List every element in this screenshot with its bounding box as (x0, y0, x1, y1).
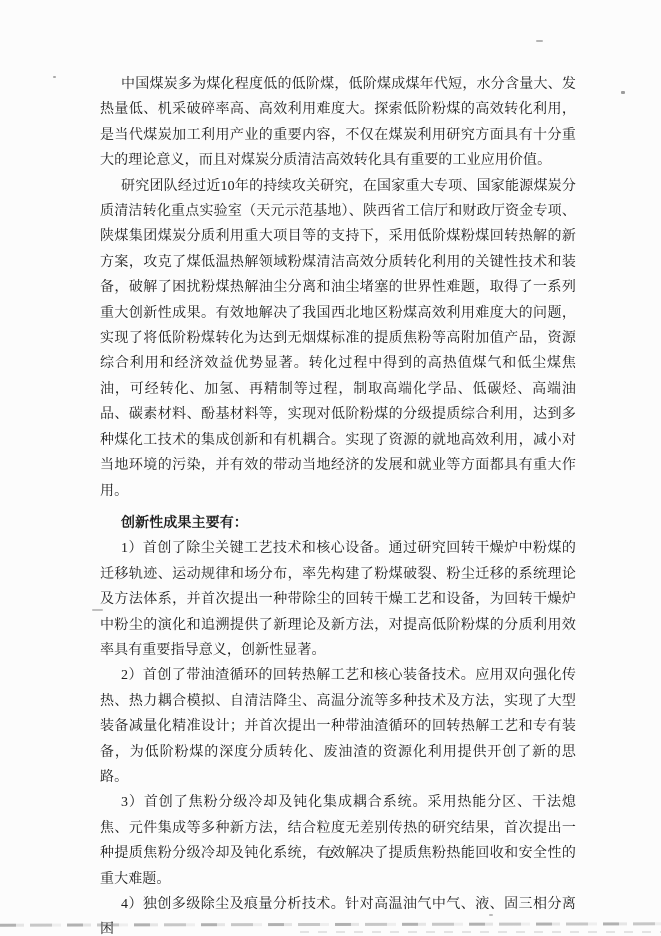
paragraph-research-background: 研究团队经过近10年的持续攻关研究，在国家重大专项、国家能源煤炭分质清洁转化重点… (100, 174, 576, 504)
paragraph-intro: 中国煤炭多为煤化程度低的低阶煤，低阶煤成煤年代短，水分含量大、发热量低、机采破碎… (100, 72, 576, 174)
scan-speck (53, 76, 56, 78)
scan-speck (357, 855, 363, 857)
page-number: 2 (0, 846, 661, 862)
document-page: 中国煤炭多为煤化程度低的低阶煤，低阶煤成煤年代短，水分含量大、发热量低、机采破碎… (0, 0, 661, 936)
paragraph-innovation-3: 3）首创了焦粉分级冷却及钝化集成耦合系统。采用热能分区、干法熄焦、元件集成等多种… (100, 790, 576, 892)
document-content: 中国煤炭多为煤化程度低的低阶煤，低阶煤成煤年代短，水分含量大、发热量低、机采破碎… (100, 72, 576, 936)
scan-speck (536, 40, 543, 42)
scan-speck (489, 914, 493, 916)
section-heading-innovations: 创新性成果主要有： (100, 511, 576, 536)
scan-speck (92, 609, 103, 611)
scan-artifact-line-secondary (300, 931, 661, 933)
paragraph-innovation-2: 2）首创了带油渣循环的回转热解工艺和核心装备技术。应用双向强化传热、热力耦合模拟… (100, 663, 576, 790)
paragraph-innovation-4: 4）独创多级除尘及痕量分析技术。针对高温油气中气、液、固三相分离困 (100, 892, 576, 936)
scan-speck (621, 91, 625, 94)
paragraph-innovation-1: 1）首创了除尘关键工艺技术和核心设备。通过研究回转干燥炉中粉煤的迁移轨迹、运动规… (100, 536, 576, 663)
